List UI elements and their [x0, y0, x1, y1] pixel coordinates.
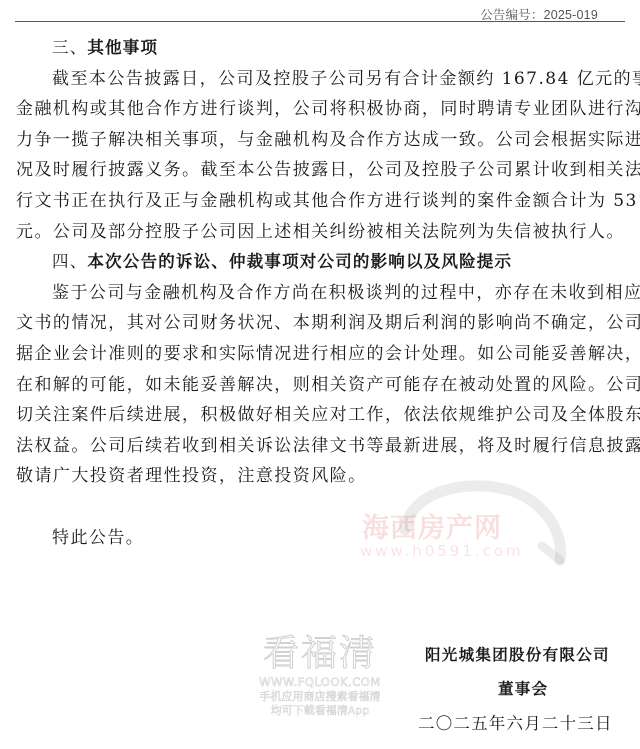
paragraph-line: 行文书正在执行及正与金融机构或其他合作方进行谈判的案件金额合计为 531.21 … [16, 186, 622, 217]
paragraph-line: 力争一揽子解决相关事项，与金融机构及合作方达成一致。公司会根据实际进展情 [16, 125, 622, 156]
document-body: 三、其他事项 截至本公告披露日，公司及控股子公司另有合计金额约 167.84 亿… [16, 33, 622, 553]
paragraph-line: 敬请广大投资者理性投资，注意投资风险。 [16, 461, 622, 492]
fuqing-watermark-line1: 手机应用商店搜索看福清 [250, 690, 390, 704]
paragraph-line: 鉴于公司与金融机构及合作方尚在积极谈判的过程中，亦存在未收到相应法律 [16, 278, 622, 309]
paragraph-line: 金融机构或其他合作方进行谈判，公司将积极协商，同时聘请专业团队进行沟通， [16, 94, 622, 125]
paragraph-line: 况及时履行披露义务。截至本公告披露日，公司及控股子公司累计收到相关法院执 [16, 155, 622, 186]
signature-date: 二〇二五年六月二十三日 [418, 710, 613, 734]
blank-line [16, 492, 622, 523]
paragraph-line: 切关注案件后续进展，积极做好相关应对工作，依法依规维护公司及全体股东的合 [16, 400, 622, 431]
paragraph-line: 截至本公告披露日，公司及控股子公司另有合计金额约 167.84 亿元的事项正与 [16, 64, 622, 95]
fuqing-watermark-line2: 均可下载看福清App [250, 704, 390, 718]
section-number: 四、 [52, 252, 87, 271]
paragraph-line: 法权益。公司后续若收到相关诉讼法律文书等最新进展，将及时履行信息披露义务。 [16, 431, 622, 462]
paragraph-line: 元。公司及部分控股子公司因上述相关纠纷被相关法院列为失信被执行人。 [16, 217, 622, 248]
closing-statement: 特此公告。 [16, 523, 622, 554]
section-number: 三、 [52, 38, 87, 57]
paragraph-line: 据企业会计准则的要求和实际情况进行相应的会计处理。如公司能妥善解决，则存 [16, 339, 622, 370]
section-title: 本次公告的诉讼、仲裁事项对公司的影响以及风险提示 [87, 252, 512, 271]
page-header: 公告编号：2025-019 [0, 0, 640, 23]
paragraph-line: 在和解的可能，如未能妥善解决，则相关资产可能存在被动处置的风险。公司将密 [16, 370, 622, 401]
section-heading-impact-risk: 四、本次公告的诉讼、仲裁事项对公司的影响以及风险提示 [16, 247, 622, 278]
paragraph-line: 文书的情况，其对公司财务状况、本期利润及期后利润的影响尚不确定，公司将依 [16, 308, 622, 339]
header-divider [15, 21, 625, 22]
section-heading-other-matters: 三、其他事项 [16, 33, 622, 64]
section-title: 其他事项 [87, 38, 158, 57]
signature-board: 董事会 [498, 677, 548, 699]
signature-company: 阳光城集团股份有限公司 [425, 643, 610, 665]
fuqing-watermark-url: WWW.FQLOOK.COM [250, 674, 390, 690]
fuqing-watermark-title: 看福清 [250, 634, 390, 674]
fuqing-watermark: 看福清 WWW.FQLOOK.COM 手机应用商店搜索看福清 均可下载看福清Ap… [250, 634, 390, 744]
